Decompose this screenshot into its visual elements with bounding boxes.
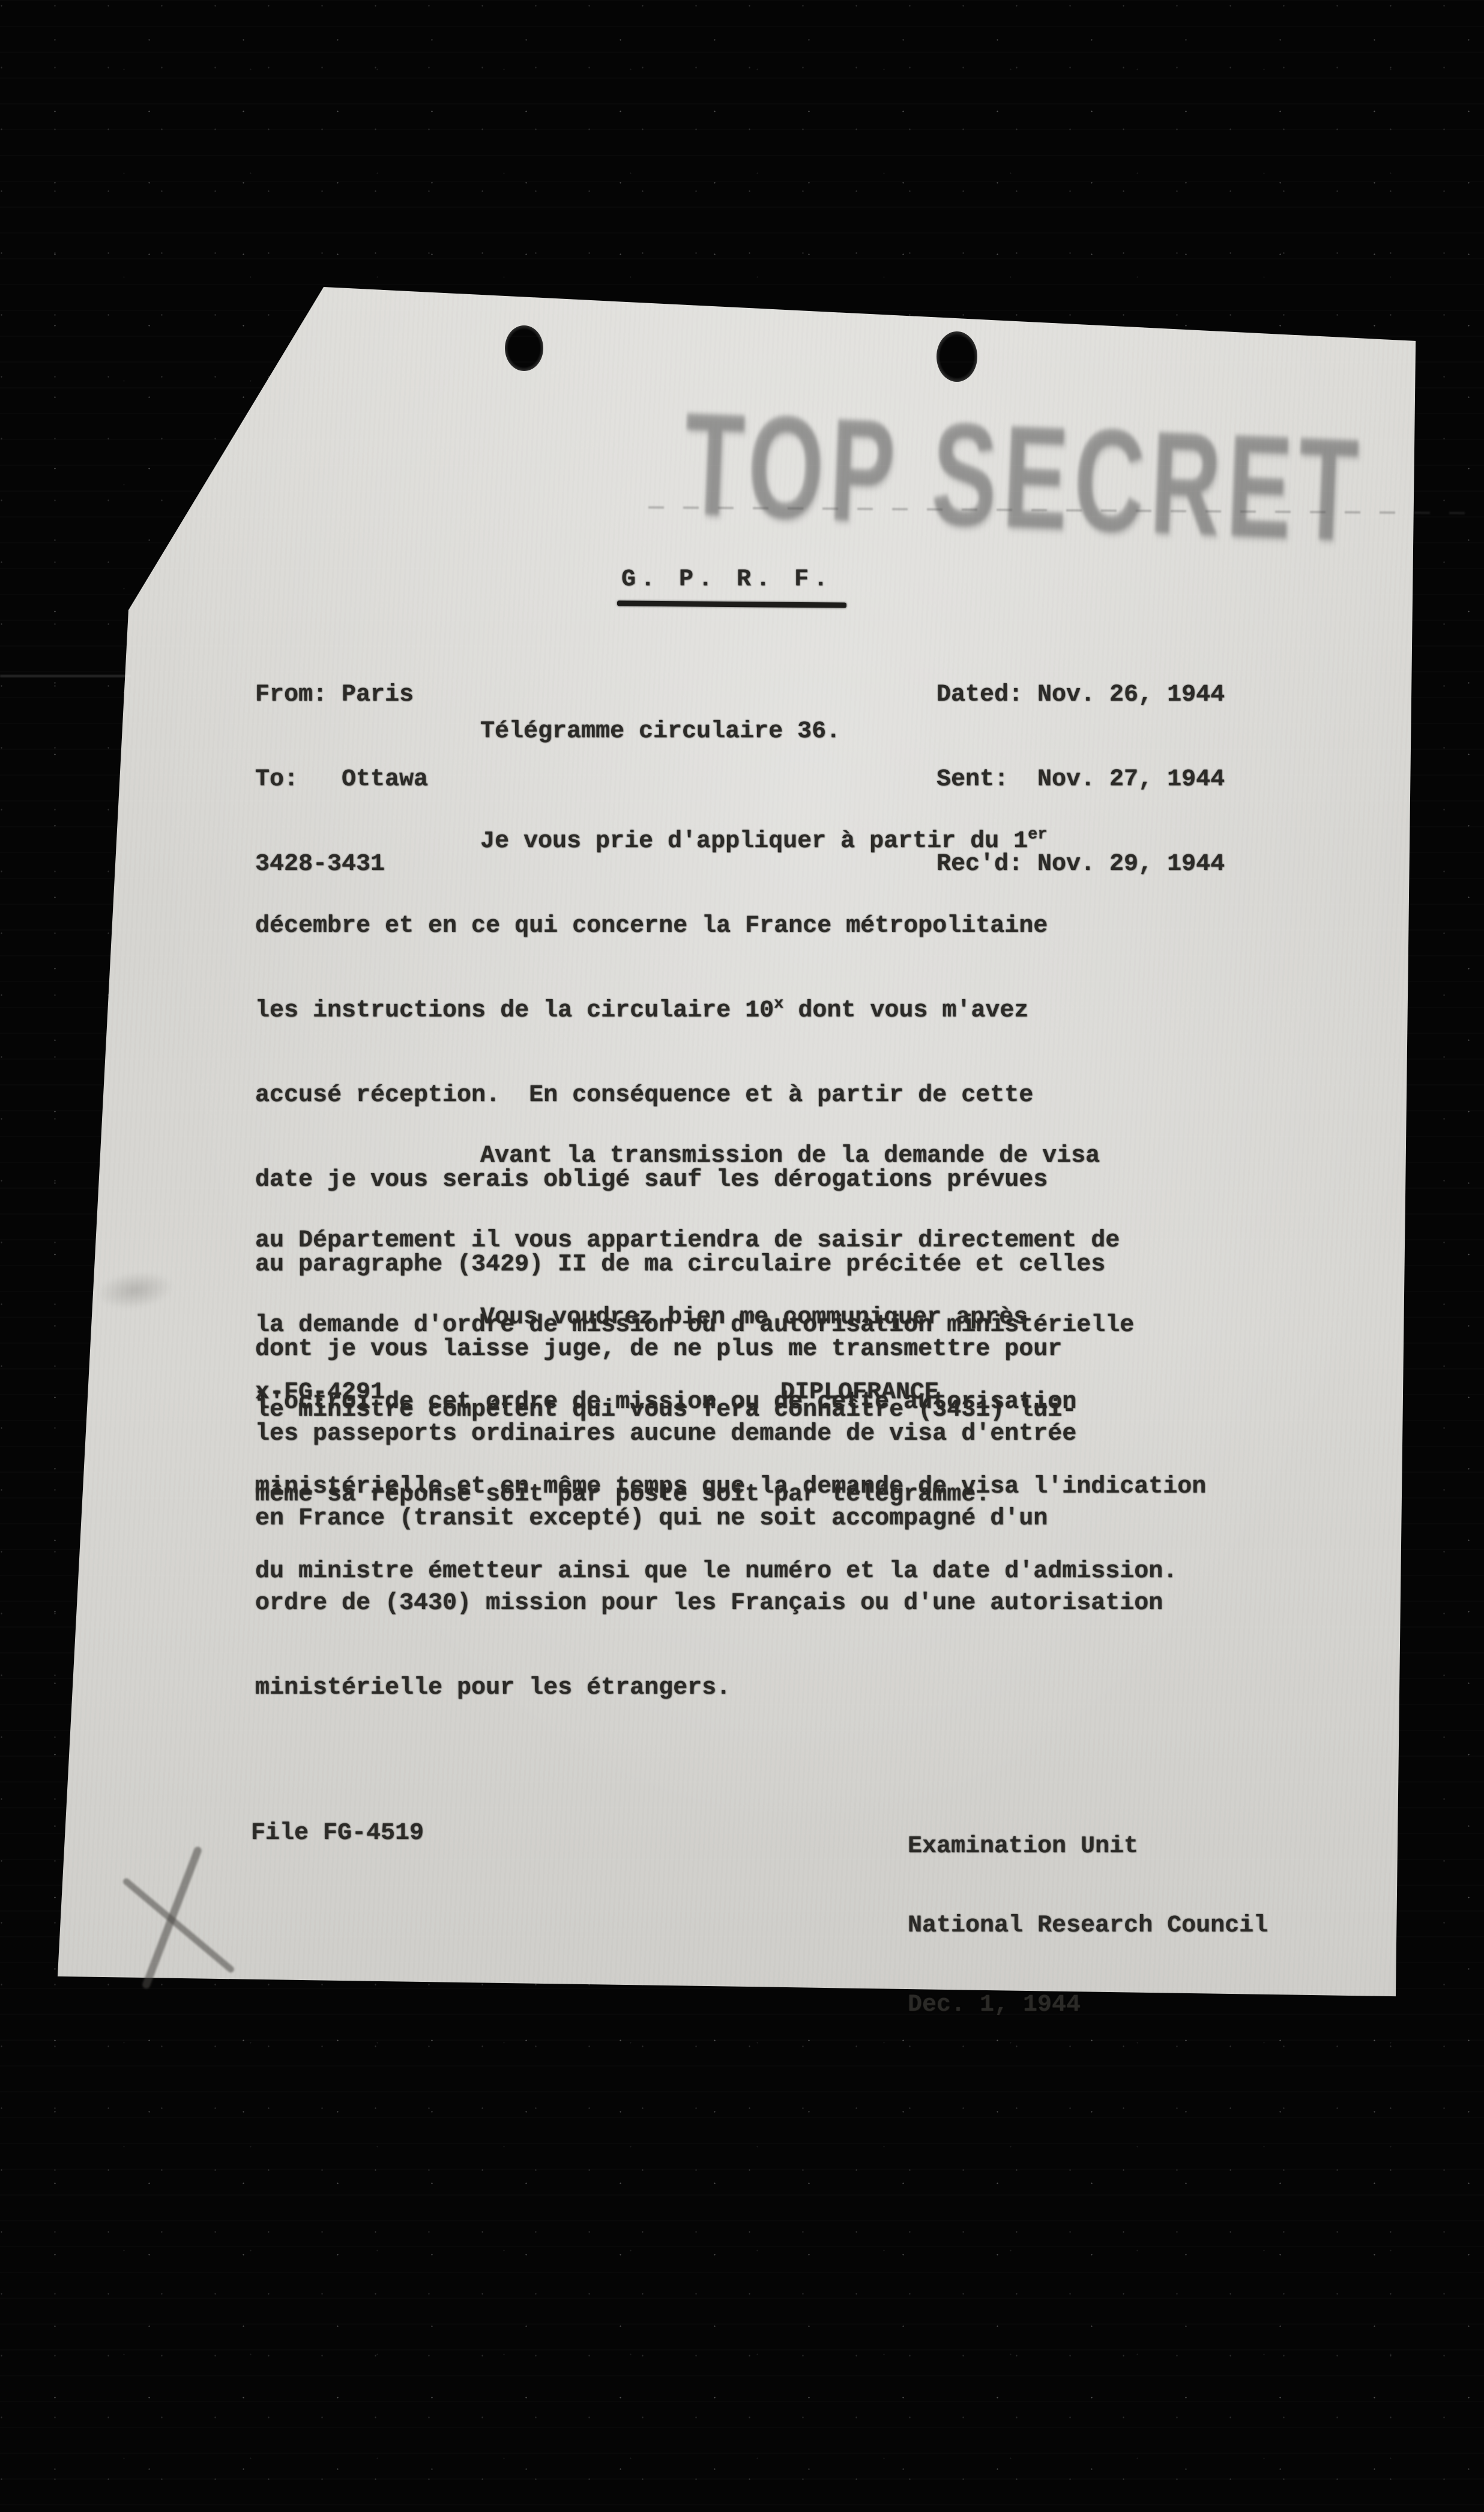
text-line: Je vous prie d'appliquer à partir du 1er	[255, 827, 1163, 856]
text-line: Avant la transmission de la demande de v…	[255, 1142, 1134, 1170]
text-segment: les instructions de la circulaire 10	[255, 997, 774, 1024]
superscript: x	[774, 995, 783, 1013]
text-line: les instructions de la circulaire 10x do…	[255, 997, 1163, 1025]
examination-unit-block: Examination Unit National Research Counc…	[908, 1781, 1268, 2071]
text-segment: dont vous m'avez	[783, 997, 1028, 1024]
superscript: er	[1028, 826, 1047, 844]
punch-hole-right-icon	[937, 331, 977, 382]
scan-artifact-line	[0, 675, 131, 677]
dated-line: Dated: Nov. 26, 1944	[937, 681, 1225, 709]
text-line: ministérielle pour les étrangers.	[255, 1674, 1163, 1702]
paragraph-3: Vous voudrez bien me communiquer après l…	[255, 1247, 1206, 1642]
agency-heading: G. P. R. F.	[621, 566, 833, 594]
text-segment: Je vous prie d'appliquer à partir du 1	[480, 828, 1028, 855]
reference-number: x-FG-4291	[255, 1378, 385, 1407]
text-line: du ministre émetteur ainsi que le numéro…	[255, 1557, 1206, 1586]
text-line: ministérielle et en même temps que la de…	[255, 1473, 1206, 1501]
text-line: décembre et en ce qui concerne la France…	[255, 912, 1163, 940]
signature-diplofrance: DIPLOFRANCE	[780, 1378, 939, 1407]
pencil-x-mark	[108, 1837, 300, 2017]
text-line: Vous voudrez bien me communiquer après	[255, 1303, 1206, 1332]
footer-line-council: National Research Council	[908, 1913, 1268, 1939]
footer-line-unit: Examination Unit	[908, 1834, 1268, 1860]
top-secret-stamp: TOP SECRET	[681, 379, 1367, 575]
footer-line-date: Dec. 1, 1944	[908, 1992, 1268, 2018]
subject-line: Télégramme circulaire 36.	[480, 717, 840, 746]
from-line: From: Paris	[255, 681, 428, 709]
punch-hole-left-icon	[505, 325, 543, 371]
text-line: l'octroi de cet ordre de mission ou de c…	[255, 1388, 1206, 1416]
scanned-telegram-page: TOP SECRET G. P. R. F. From: Paris To: O…	[0, 0, 1484, 2512]
